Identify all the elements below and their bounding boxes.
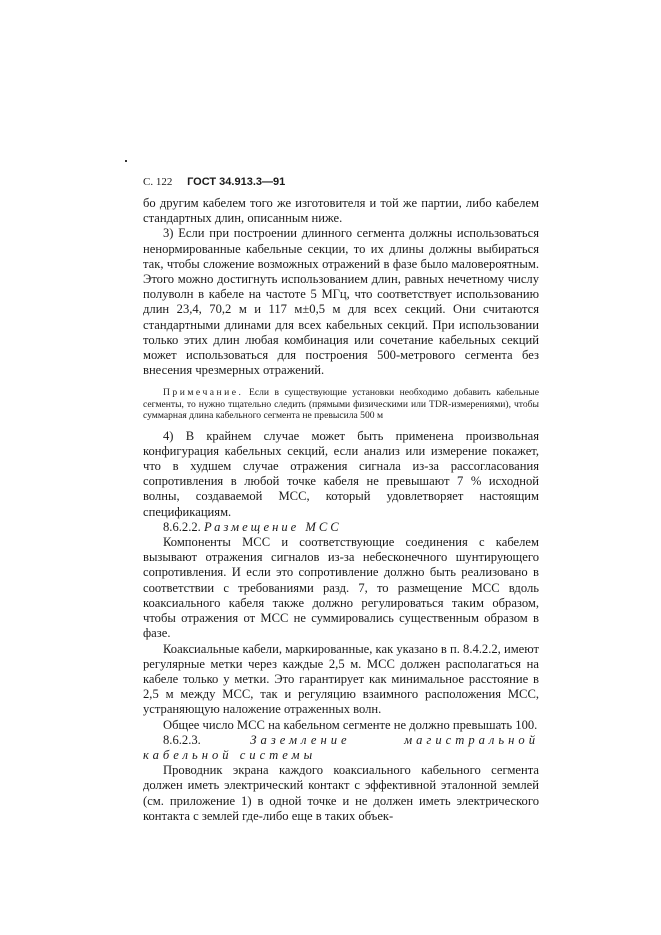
section-title: Заземление магистральной кабельной систе…: [143, 733, 539, 762]
page-header: С. 122 ГОСТ 34.913.3—91: [143, 176, 285, 188]
section-heading: 8.6.2.3. Заземление магистральной кабель…: [143, 733, 539, 763]
paragraph: Проводник экрана каждого коаксиального к…: [143, 763, 539, 824]
scan-artifact-dot: [125, 160, 127, 162]
section-heading: 8.6.2.2. Размещение МСС: [143, 520, 539, 535]
note: Примечание. Если в существующие установк…: [143, 387, 539, 421]
paragraph: бо другим кабелем того же изготовителя и…: [143, 196, 539, 226]
paragraph: Коаксиальные кабели, маркированные, как …: [143, 642, 539, 718]
paragraph: 3) Если при построении длинного сегмента…: [143, 226, 539, 378]
paragraph: 4) В крайнем случае может быть применена…: [143, 429, 539, 520]
standard-id: ГОСТ 34.913.3—91: [187, 176, 285, 188]
note-label: Примечание.: [163, 387, 243, 398]
page-number: С. 122: [143, 176, 172, 188]
section-title: Размещение МСС: [204, 520, 342, 534]
document-body: бо другим кабелем того же изготовителя и…: [143, 196, 539, 824]
section-number: 8.6.2.3.: [163, 733, 201, 747]
section-number: 8.6.2.2.: [163, 520, 201, 534]
paragraph: Общее число МСС на кабельном сегменте не…: [143, 718, 539, 733]
paragraph: Компоненты МСС и соответствующие соедине…: [143, 535, 539, 641]
